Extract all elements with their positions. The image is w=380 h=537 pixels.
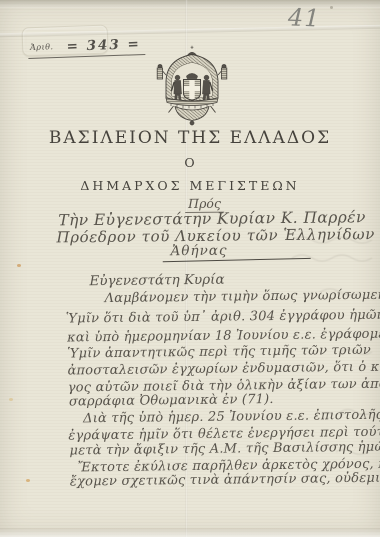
archive-number: Ἀριθ. = 343 =: [28, 33, 145, 59]
mantle-drape: [175, 107, 209, 121]
paper-stain: [330, 6, 333, 9]
paper-stain: [17, 264, 21, 267]
scan-edge-bottom: [0, 528, 380, 537]
letterhead-kingdom-title: ΒΑΣΙΛΕΙΟΝ ΤΗΣ ΕΛΛΑΔΟΣ: [0, 128, 380, 148]
archive-number-label: Ἀριθ.: [30, 42, 54, 52]
paper-stain: [26, 479, 30, 482]
paper-stain: [9, 398, 13, 401]
cross-shield-icon: [184, 80, 201, 101]
folio-number: 41: [288, 3, 322, 32]
body-line: σαρράφια Ὀθωμανικὰ ἐν (71).: [69, 393, 274, 410]
recipient-city: Ἀθήνας: [171, 243, 228, 260]
body-line: ἔχομεν σχετικῶς τινὰ ἀπάντησίν σας, οὐδε…: [70, 472, 380, 490]
scan-edge-top: [0, 0, 380, 8]
royal-coat-of-arms-emblem: [151, 45, 233, 127]
letter-page: 41 Ἀριθ. = 343 =: [0, 0, 380, 537]
letterhead-office-title: ΔΗΜΑΡΧΟΣ ΜΕΓΙΣΤΕΩΝ: [0, 178, 380, 193]
letterhead-article: Ο: [0, 155, 380, 170]
salutation-line: Εὐγενεστάτη Κυρία: [89, 272, 224, 290]
archive-number-value: = 343 =: [66, 36, 141, 55]
